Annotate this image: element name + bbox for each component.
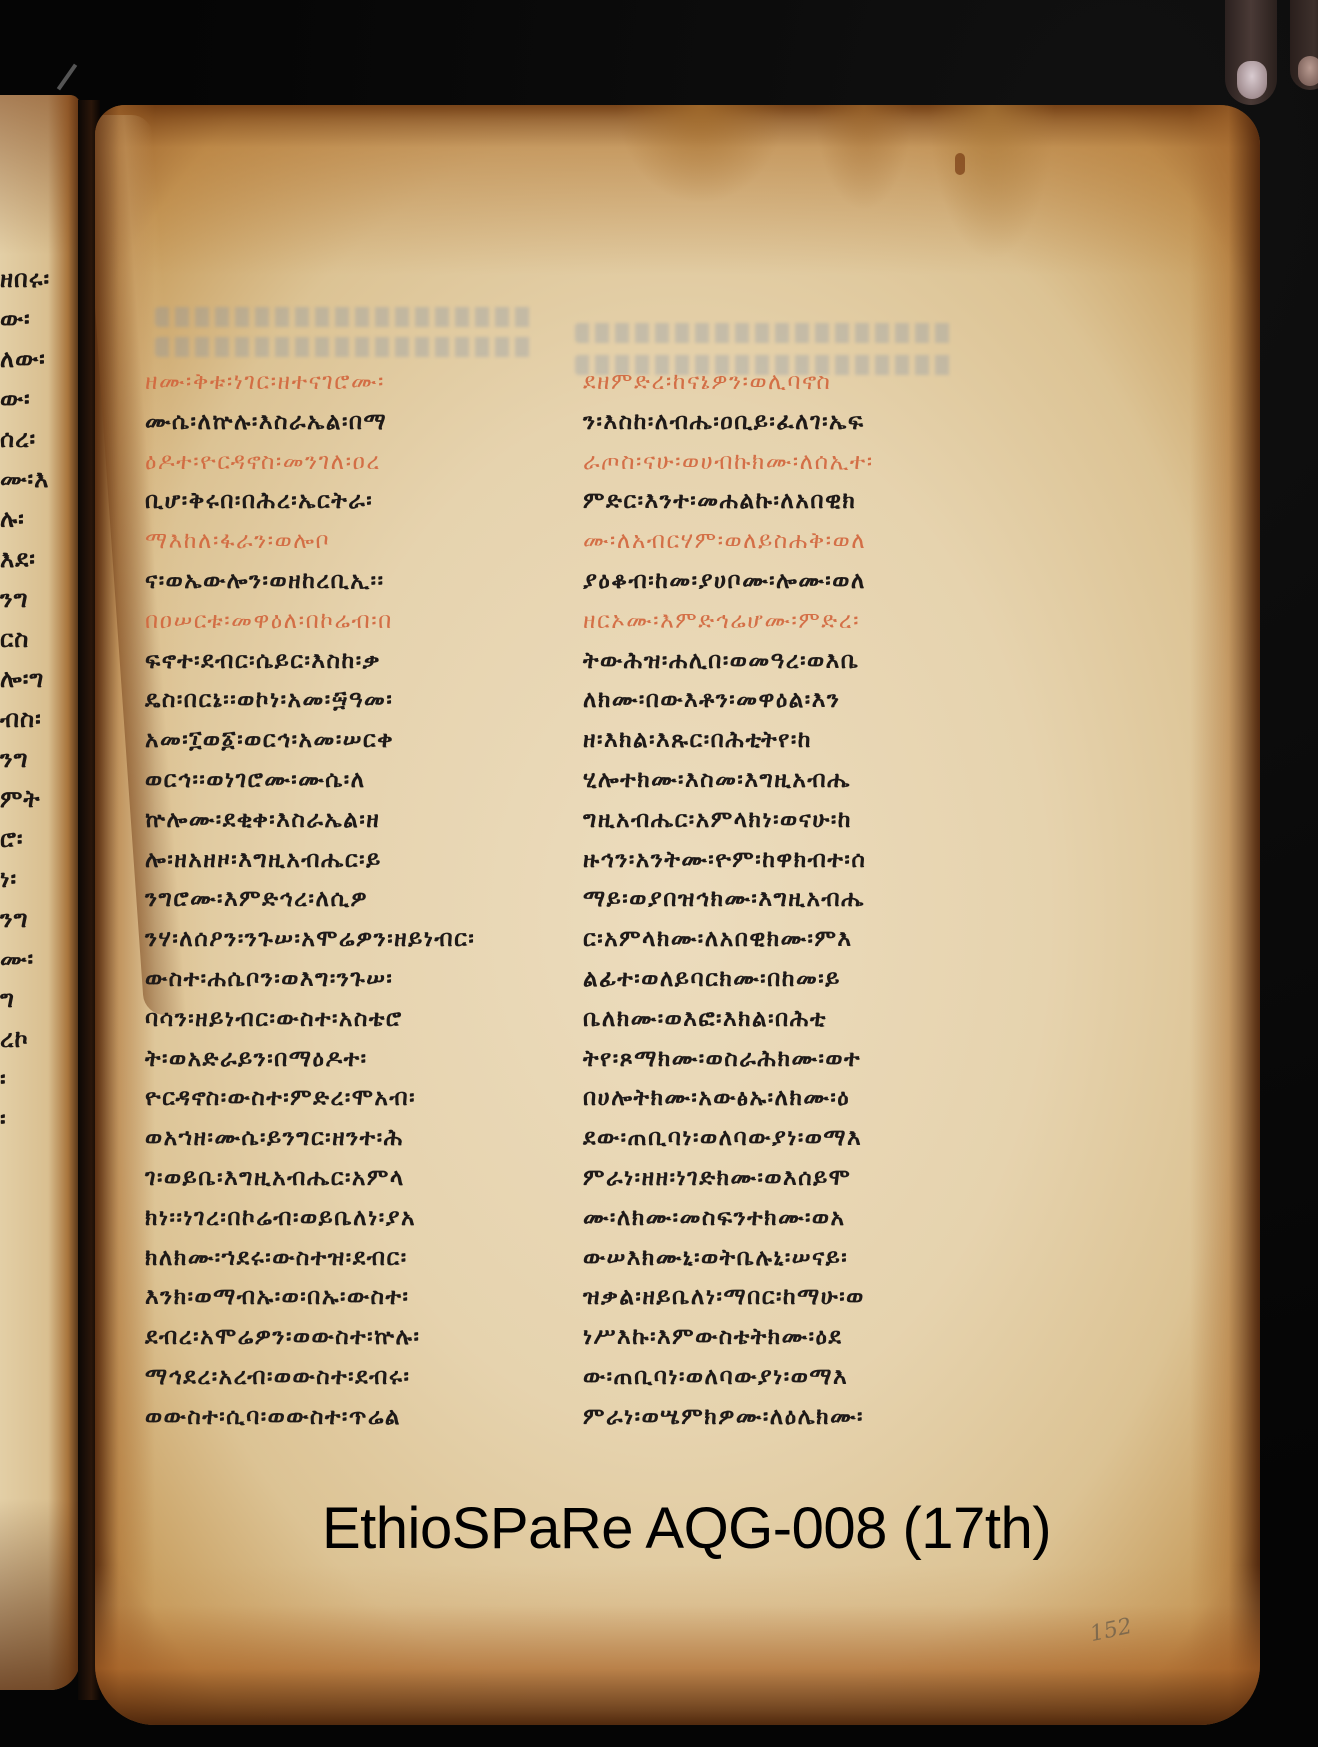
facing-page-text-line: ብስ፡ bbox=[0, 705, 70, 733]
facing-page: ዘበሩ፡ው፡ለው፡ው፡ሰረ፡ሙ፡እሉ፡እደ፡ንግርስሎ፡ግብስ፡ንግምትሮ፡ነ፡… bbox=[0, 95, 80, 1690]
burn-damage-bottom bbox=[95, 1565, 1260, 1725]
facing-page-text-line: ንግ bbox=[0, 745, 70, 773]
text-line: ማኅደረ፡አረብ፡ወውስተ፡ደብሩ፡ bbox=[145, 1362, 410, 1392]
text-line: ደው፡ጠቢባነ፡ወለባውያነ፡ወማእ bbox=[583, 1123, 862, 1153]
finger bbox=[1290, 0, 1318, 90]
facing-page-text-line: ሙ፡ bbox=[0, 945, 70, 973]
text-line: ዴስ፡በርኔ፡፡ወኮነ፡አመ፡፵ዓመ፡ bbox=[145, 685, 393, 715]
rubric-line: ዕዶተ፡ዮርዳኖስ፡መንገለ፡ዐረ bbox=[145, 447, 381, 477]
text-line: ዝቃል፡ዘይቤለነ፡ማበር፡ከማሁ፡ወ bbox=[583, 1282, 865, 1312]
rubric-line: ማእከለ፡ፋራን፡ወሎቦ bbox=[145, 526, 330, 556]
facing-page-text-line: ንግ bbox=[0, 905, 70, 933]
facing-page-text-line: ዘበሩ፡ bbox=[0, 265, 70, 293]
text-line: ያዕቆብ፡ከመ፡ያሀቦሙ፡ሎሙ፡ወለ bbox=[583, 566, 866, 596]
rubric-line: ዘርኦሙ፡እምድኅሬሆሙ፡ምድረ፡ bbox=[583, 606, 860, 636]
facing-page-text-line: ሎ፡ግ bbox=[0, 665, 70, 693]
text-line: ዮርዳኖስ፡ውስተ፡ምድረ፡ሞአብ፡ bbox=[145, 1083, 416, 1113]
text-line: ክለክሙ፡ኀደሩ፡ውስተዝ፡ደብር፡ bbox=[145, 1243, 408, 1273]
text-line: ወርኅ፡፡ወነገሮሙ፡ሙሴ፡ለ bbox=[145, 765, 366, 795]
text-line: ግዚአብሔር፡አምላክነ፡ወናሁ፡ከ bbox=[583, 805, 852, 835]
bleed-through-line bbox=[155, 307, 535, 327]
facing-page-text-line: ው፡ bbox=[0, 385, 70, 413]
finger bbox=[1225, 0, 1277, 105]
bleed-through-line bbox=[575, 323, 955, 343]
burn-damage-top bbox=[95, 105, 1260, 275]
facing-page-text-line: ሰረ፡ bbox=[0, 425, 70, 453]
text-line: እንክ፡ወማብኡ፡ወ፡በኡ፡ውስተ፡ bbox=[145, 1282, 409, 1312]
facing-page-text-line: ፡ bbox=[0, 1105, 70, 1133]
fingernail bbox=[1237, 61, 1267, 99]
text-line: ወአኀዘ፡ሙሴ፡ይንግር፡ዘንተ፡ሕ bbox=[145, 1123, 404, 1153]
text-line: ዙኅን፡አንትሙ፡ዮም፡ከዋክብተ፡ሰ bbox=[583, 845, 866, 875]
facing-page-text-line: ነ፡ bbox=[0, 865, 70, 893]
text-line: አመ፡፲ወ፩፡ወርኅ፡አመ፡ሠርቀ bbox=[145, 725, 394, 755]
text-line: ደብረ፡አሞሬዎን፡ወውስተ፡ኵሉ፡ bbox=[145, 1322, 420, 1352]
rubric-line: ሙ፡ለአብርሃም፡ወለይስሐቅ፡ወለ bbox=[583, 526, 866, 556]
text-line: ሎ፡ዘአዘዞ፡እግዚአብሔር፡ይ bbox=[145, 845, 382, 875]
facing-page-text-line: ምት bbox=[0, 785, 70, 813]
facing-page-text-line: ረኮ bbox=[0, 1025, 70, 1053]
text-line: ቤለክሙ፡ወእፎ፡እክል፡በሕቲ bbox=[583, 1004, 827, 1034]
text-line: ማይ፡ወያበዝኅክሙ፡እግዚአብሔ bbox=[583, 884, 865, 914]
text-line: ው፡ጠቢባነ፡ወለባውያነ፡ወማእ bbox=[583, 1362, 848, 1392]
text-line: ክነ፡፡ነገረ፡በኮሬብ፡ወይቤለነ፡ያአ bbox=[145, 1203, 416, 1233]
facing-page-text-line: ሮ፡ bbox=[0, 825, 70, 853]
text-line: ዘ፡እክል፡እጹር፡በሕቲትየ፡ከ bbox=[583, 725, 812, 755]
text-line: ትውሕዝ፡ሐሊበ፡ወመዓረ፡ወእቤ bbox=[583, 646, 860, 676]
text-line: ውሠእክሙኒ፡ወትቤሉኒ፡ሠናይ፡ bbox=[583, 1243, 848, 1273]
facing-page-text-line: ግ bbox=[0, 985, 70, 1013]
text-line: ፍኖተ፡ደብር፡ሴይር፡እስከ፡ቃ bbox=[145, 646, 381, 676]
text-line: ን፡እስከ፡ለብሔ፡ዐቢይ፡ፈለገ፡ኤፍ bbox=[583, 407, 865, 437]
text-line: ኵሎሙ፡ደቂቀ፡እስራኤል፡ዘ bbox=[145, 805, 380, 835]
fingernail bbox=[1298, 56, 1318, 86]
facing-page-text-line: እደ፡ bbox=[0, 545, 70, 573]
text-line: ሂሎተክሙ፡እስመ፡እግዚአብሔ bbox=[583, 765, 851, 795]
text-line: ወውስተ፡ሲባ፡ወውስተ፡ጥሬል bbox=[145, 1402, 401, 1432]
text-line: ትየ፡ጾማክሙ፡ወስራሕክሙ፡ወተ bbox=[583, 1044, 861, 1074]
text-line: ነሥእኩ፡እምውስቴትክሙ፡ዕደ bbox=[583, 1322, 842, 1352]
rubric-line: ዘሙ፡ቅቱ፡ነገር፡ዘተናገሮሙ፡ bbox=[145, 367, 385, 397]
text-line: ምድር፡እንተ፡መሐልኩ፡ለአበዊክ bbox=[583, 486, 856, 516]
facing-page-text-line: ው፡ bbox=[0, 305, 70, 333]
facing-page-text-line: ለው፡ bbox=[0, 345, 70, 373]
text-line: ንግሮሙ፡እምድኅረ፡ለሲዎ bbox=[145, 884, 368, 914]
text-line: ሙ፡ለክሙ፡መስፍንተክሙ፡ወአ bbox=[583, 1203, 846, 1233]
text-line: በሀሎትክሙ፡አውፅኡ፡ለክሙ፡ዕ bbox=[583, 1083, 850, 1113]
text-line: ውስተ፡ሐሴቦን፡ወእግ፡ንጉሠ፡ bbox=[145, 964, 393, 994]
facing-page-text-line: ሉ፡ bbox=[0, 505, 70, 533]
facing-page-text-line: ንግ bbox=[0, 585, 70, 613]
rubric-line: በዐሠርቱ፡መዋዕለ፡በኮሬብ፡በ bbox=[145, 606, 393, 636]
rubric-line: ደዘምድረ፡ከናኔዎን፡ወሊባኖስ bbox=[583, 367, 831, 397]
text-line: ምራነ፡ወሤምክዎሙ፡ለዕሌክሙ፡ bbox=[583, 1402, 864, 1432]
manuscript-caption: EthioSPaRe AQG-008 (17th) bbox=[322, 1494, 1051, 1564]
text-line: ቢሆ፡ቅሩበ፡በሕረ፡ኤርትራ፡ bbox=[145, 486, 373, 516]
text-line: ር፡አምላክሙ፡ለአበዊክሙ፡ምእ bbox=[583, 924, 853, 954]
facing-page-text-line: ሙ፡እ bbox=[0, 465, 70, 493]
text-line: ገ፡ወይቤ፡እግዚአብሔር፡አምላ bbox=[145, 1163, 405, 1193]
text-line: ለክሙ፡በውእቶን፡መዋዕል፡እን bbox=[583, 685, 840, 715]
text-line: ባሳን፡ዘይነብር፡ውስተ፡አስቴሮ bbox=[145, 1004, 403, 1034]
facing-page-text-line: ፡ bbox=[0, 1065, 70, 1093]
manuscript-page: ዘሙ፡ቅቱ፡ነገር፡ዘተናገሮሙ፡ሙሴ፡ለኵሉ፡እስራኤል፡በማዕዶተ፡ዮርዳኖ… bbox=[95, 105, 1260, 1725]
text-line: ምራነ፡ዘዘ፡ነገድክሙ፡ወእሰይሞ bbox=[583, 1163, 851, 1193]
text-line: ልፊተ፡ወለይባርክሙ፡በከመ፡ይ bbox=[583, 964, 841, 994]
facing-page-text-line: ርስ bbox=[0, 625, 70, 653]
text-line: ት፡ወአድራይን፡በማዕዶተ፡ bbox=[145, 1044, 368, 1074]
ink-stain bbox=[955, 153, 965, 175]
rubric-line: ራጦስ፡ናሁ፡ወሀብኩክሙ፡ለሰኢተ፡ bbox=[583, 447, 874, 477]
bleed-through-line bbox=[155, 337, 535, 357]
burn-damage-right bbox=[1190, 105, 1260, 1725]
text-line: ንሃ፡ለሰዖን፡ንጉሠ፡አሞሬዎን፡ዘይነብር፡ bbox=[145, 924, 475, 954]
text-line: ና፡ወኤውሎን፡ወዘከረቢኢ፡፡ bbox=[145, 566, 385, 596]
text-line: ሙሴ፡ለኵሉ፡እስራኤል፡በማ bbox=[145, 407, 387, 437]
